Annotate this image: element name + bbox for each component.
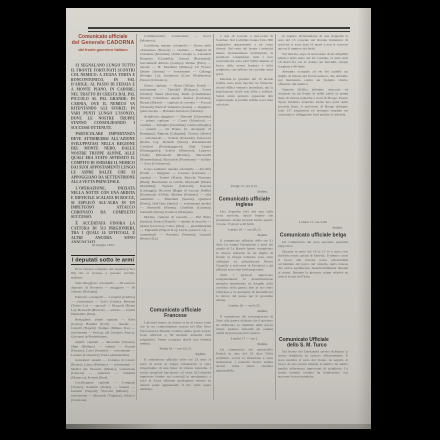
paragraph: Commissariato: sottotenente — Scovi (Man… <box>140 34 211 43</box>
paragraph: Durante la notte dal 14 al 15 vi è stata… <box>278 249 348 278</box>
paragraph: Durante la giornata del 15 alcune bombe … <box>216 77 273 106</box>
heading-turco: Comunicato Ufficiale dello S. M. Turco <box>278 337 348 348</box>
paragraph: Abbiamo occupato ad est del castello un … <box>278 70 348 87</box>
heading-belga: Comunicato ufficiale belga <box>278 233 348 239</box>
column-divider <box>213 34 214 400</box>
heading-francese: Comunicato ufficiale Francese <box>140 308 211 319</box>
cadorna-masthead: Comunicato ufficiale del Generale CADORN… <box>71 34 135 63</box>
paragraph: PARTICOLARE IMPORTANZA DEVE ATTRIBUIRSI … <box>71 132 135 185</box>
english-body-4: Un comunicato del maresciallo French in … <box>216 347 273 372</box>
paragraph: Corpo sanitario: tenente colonnello — Pe… <box>140 167 211 214</box>
paragraph: Bersaglieri: primi capitani — Riva (Como… <box>71 317 135 338</box>
signature-stefani: Stefani. <box>278 226 348 232</box>
masthead-subtitle: dal fronte guerriero italiano <box>71 48 135 53</box>
paragraph: Granatieri: tenenti — Colonna di Cesarò … <box>71 358 135 379</box>
paragraph: L'OPERAZIONE, INIZIATA NELLA NOTTE CON U… <box>71 186 135 220</box>
top-double-rule <box>88 27 350 32</box>
english-body-2: Il comunicato ufficiale delle ore 21 dic… <box>216 238 273 302</box>
heading-turco-line2: dello S. M. Turco <box>278 343 348 349</box>
paragraph: Alpini: capitani — Moschini (Verona); Ol… <box>71 340 135 357</box>
paragraph: Genio: capitano — Riani (Albano Romi) — … <box>140 83 211 113</box>
heading-inglese-line2: inglese <box>216 202 273 208</box>
paragraph: Il comunicato del sottosegretario di Sta… <box>216 314 273 335</box>
english-body-3: Il comunicato del sottosegretario di Sta… <box>216 314 273 335</box>
paragraph: a sud di Lorette e sud-ovest di Souchez.… <box>216 34 273 76</box>
column-roll-and-french: Commissariato: sottotenente — Scovi (Man… <box>140 34 211 406</box>
english-body-1: Una Zeppelin volò ieri sera sulla costa … <box>216 210 273 227</box>
paragraph: Il comunicato ufficiale delle ore 23 dic… <box>140 358 211 392</box>
newspaper-page: Comunicato ufficiale del Generale CADORN… <box>66 8 371 429</box>
signature-stefani: Stefani. <box>216 190 273 196</box>
paragraph: Tutti i giornali approvano completamente… <box>216 273 273 302</box>
french-body-1: I giornali hanno da Atene: si ha di buon… <box>140 321 211 346</box>
column-divider <box>275 34 276 400</box>
paragraph: Marina: capitani di vascello — Del Bono … <box>140 215 211 241</box>
english-continued-text: in seguito all'incursione di una Zeppeli… <box>278 34 348 220</box>
paragraph: I giornali hanno da Atene: si ha di buon… <box>140 321 211 346</box>
paragraph: Una Zeppelin volò ieri sera sulla costa … <box>216 210 273 227</box>
paragraph: Il comunicato ufficiale delle ore 21 dic… <box>216 238 273 272</box>
french-continued-text: a sud di Lorette e sud-ovest di Souchez.… <box>216 34 273 184</box>
column-divider <box>136 34 137 400</box>
paragraph: Sul fronte dei Dardanelli presso Ariburn… <box>278 350 348 379</box>
paragraph: Stato Maggiore: colonnello — Di Genova d… <box>71 281 135 294</box>
paragraph: Artiglieria: maggiori — Simondi (Chiaven… <box>140 114 211 166</box>
paragraph: Un comunicato del maresciallo French in … <box>216 347 273 372</box>
paragraph: Cavalleggeri: capitani — Compans (Torino… <box>71 381 135 402</box>
deputies-heading-box: I deputati sotto le armi <box>71 255 135 265</box>
paragraph: Sul litorale, dopo la incursione di un d… <box>278 52 348 69</box>
paragraph: È ACCERTATA FINORA LA CATTURA DI 513 PRI… <box>71 221 135 243</box>
deputies-list: Stato Maggiore: colonnello — Di Genova d… <box>71 281 135 402</box>
paragraph: Cavalleria: tenente colonnello — Rossa d… <box>140 44 211 83</box>
column-cadorna: Comunicato ufficiale del Generale CADORN… <box>71 34 135 408</box>
paragraph: in seguito all'incursione di una Zeppeli… <box>278 34 348 51</box>
french-body-2: Il comunicato ufficiale delle ore 23 dic… <box>140 358 211 392</box>
column-belgian-turkish: in seguito all'incursione di una Zeppeli… <box>278 34 348 408</box>
heading-deputati: I deputati sotto le armi <box>71 257 135 263</box>
deputies-intro: Ecco l'elenco completo dei deputati (cir… <box>71 267 135 280</box>
cadorna-communique-text: SI SEGNALANO LUNGO TUTTO IL FRONTE FORTU… <box>71 63 135 243</box>
paragraph: Stanotte all'alba abbiamo attaccato ed a… <box>278 87 348 116</box>
paragraph: SI SEGNALANO LUNGO TUTTO IL FRONTE FORTU… <box>71 63 135 130</box>
belgian-body: Un comunicato del gran quartiere general… <box>278 240 348 335</box>
column-english: a sud di Lorette e sud-ovest di Souchez.… <box>216 34 273 428</box>
paragraph: Un comunicato del gran quartiere general… <box>278 240 348 248</box>
masthead-line2: del Generale CADORNA <box>71 40 135 46</box>
paragraph: Fanteria: colonnelli — Cerquini (Carlino… <box>71 295 135 316</box>
dateline: 16 Giugno 1915. <box>71 243 135 249</box>
turkish-body: Sul fronte dei Dardanelli presso Ariburn… <box>278 350 348 379</box>
deputies-roll-continued: Commissariato: sottotenente — Scovi (Man… <box>140 34 211 306</box>
